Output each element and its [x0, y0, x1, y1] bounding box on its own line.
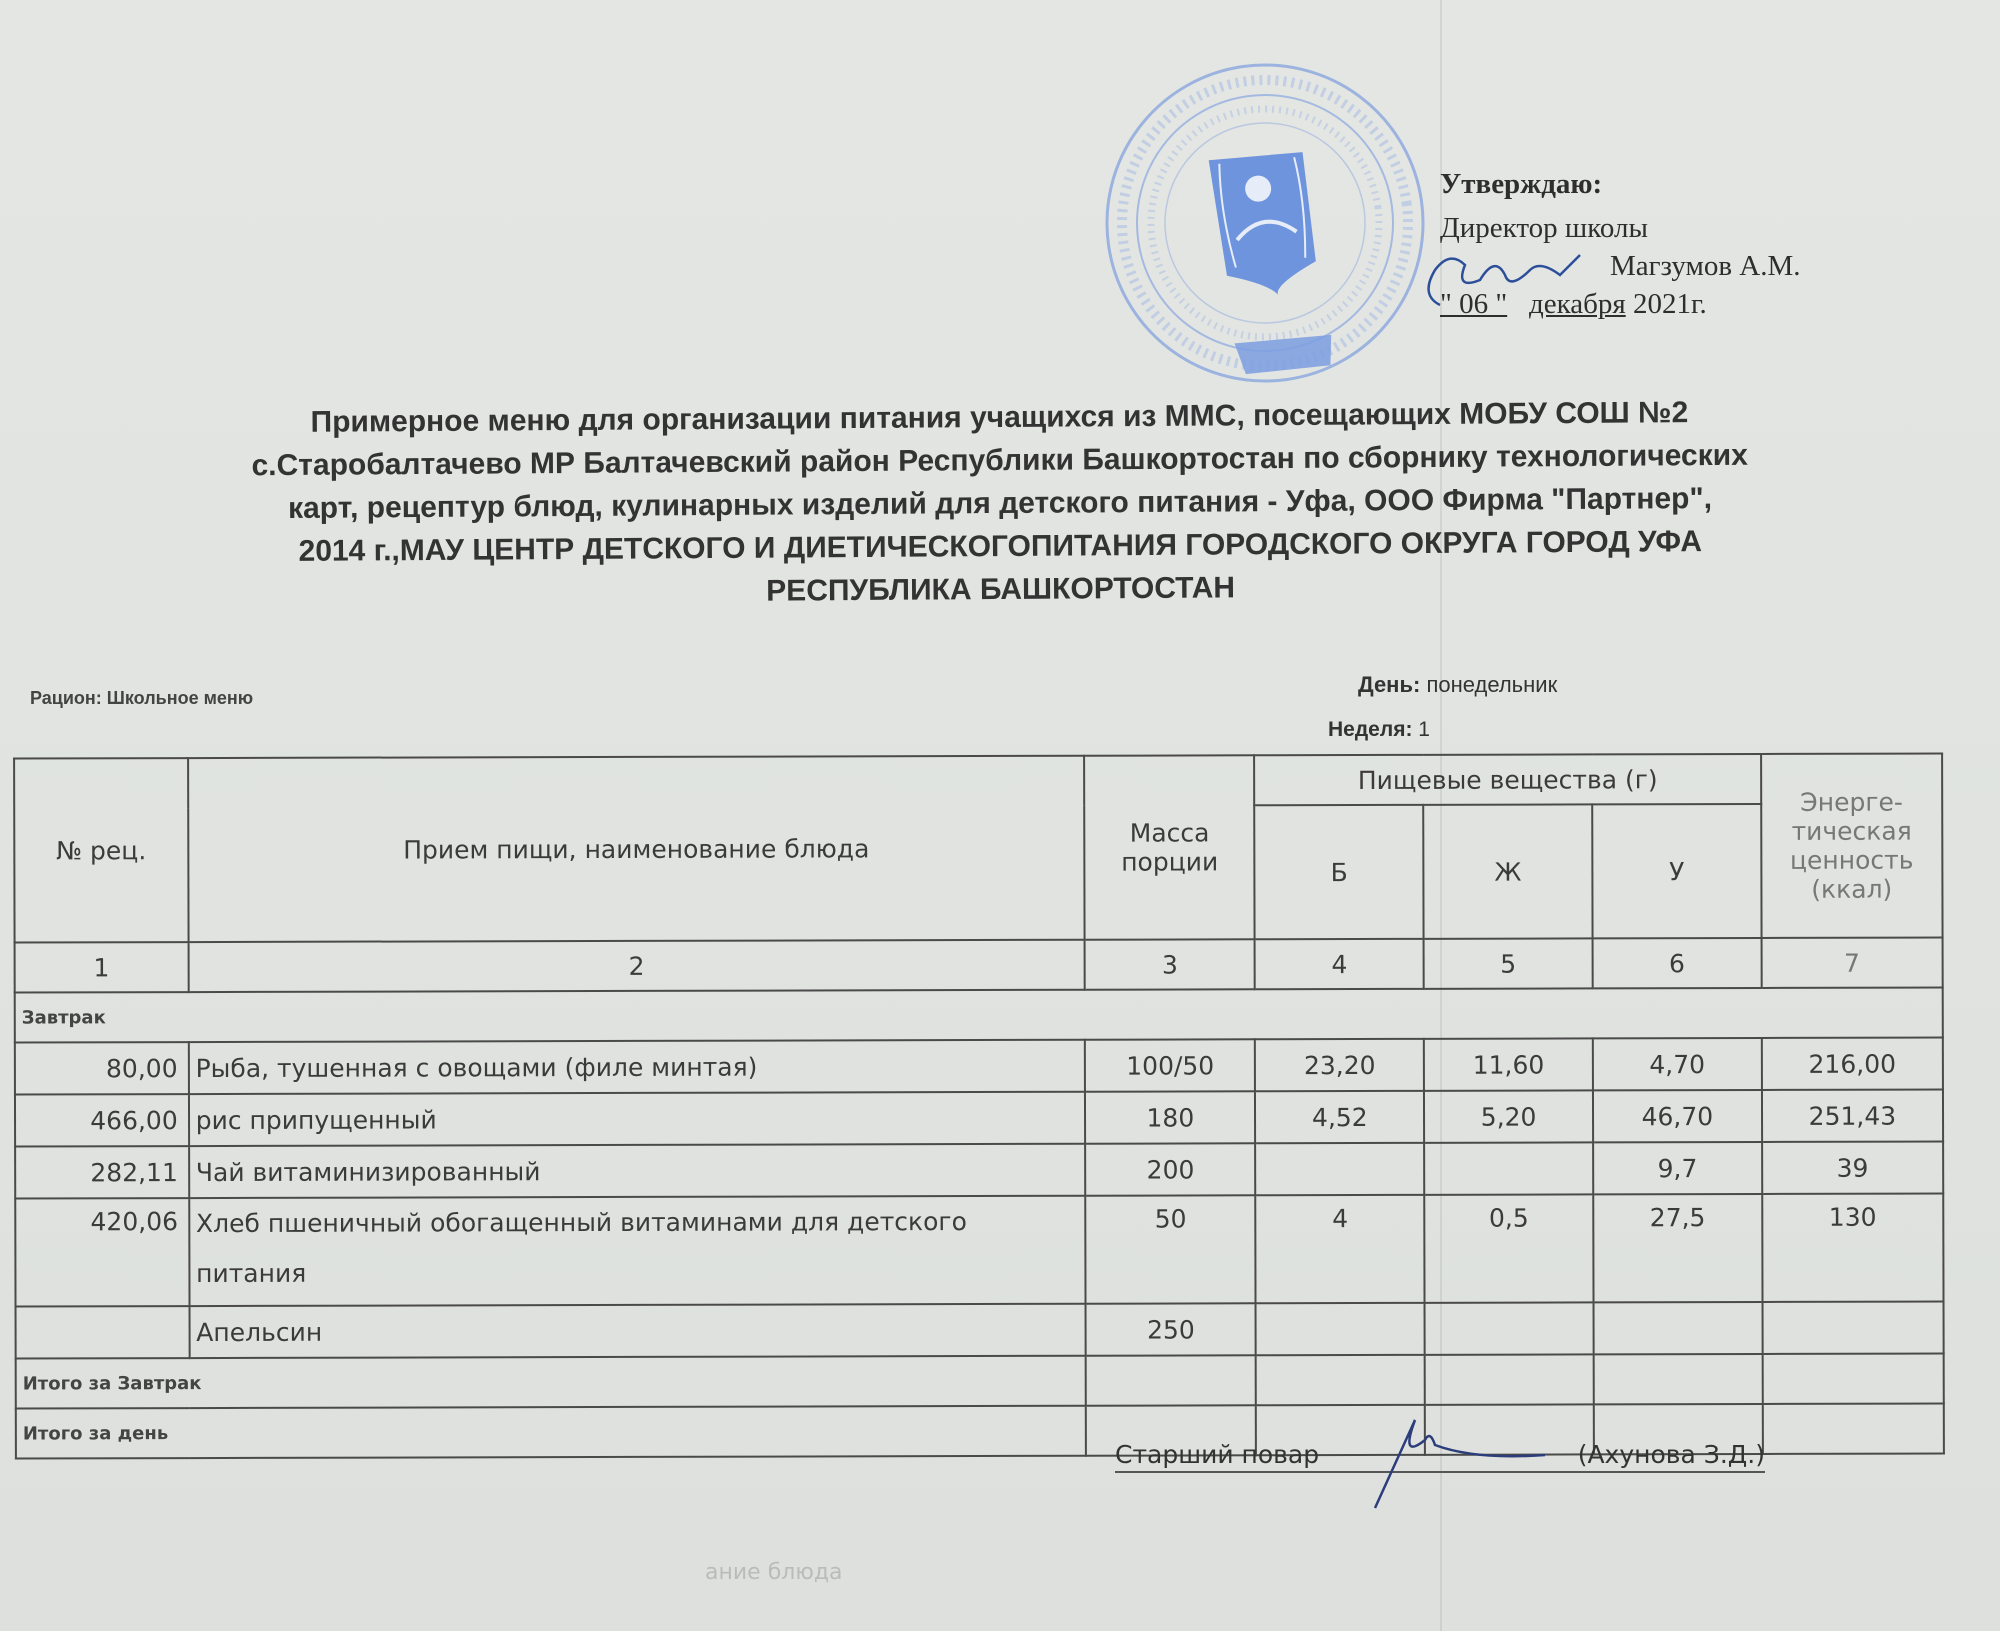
cell-fat	[1425, 1302, 1594, 1354]
cell-recipe: 282,11	[15, 1146, 189, 1198]
cell-energy: 39	[1762, 1141, 1943, 1193]
section-label: Завтрак	[15, 987, 1943, 1042]
column-index: 1	[15, 942, 189, 992]
approval-heading: Утверждаю:	[1440, 165, 1801, 203]
total-breakfast-carbs	[1594, 1354, 1763, 1404]
header-carbs: У	[1592, 804, 1761, 938]
header-portion-mass: Масса порции	[1084, 755, 1255, 939]
cell-carbs: 9,7	[1593, 1142, 1762, 1194]
week-label: Неделя:	[1328, 718, 1412, 741]
cook-title: Старший повар	[1115, 1440, 1319, 1469]
table-header-row: № рец. Прием пищи, наименование блюда Ма…	[14, 753, 1942, 808]
bleed-through-text: ание блюда	[705, 1560, 843, 1585]
total-breakfast-protein	[1256, 1355, 1425, 1405]
cell-mass: 180	[1085, 1091, 1255, 1143]
cell-recipe: 80,00	[15, 1042, 189, 1094]
cell-carbs: 27,5	[1593, 1194, 1762, 1302]
total-breakfast-energy	[1762, 1353, 1943, 1403]
header-nutrients-group: Пищевые вещества (г)	[1255, 754, 1761, 805]
header-meal-name: Прием пищи, наименование блюда	[188, 756, 1085, 942]
cook-signature-icon	[1355, 1400, 1555, 1510]
cell-mass: 200	[1085, 1143, 1255, 1195]
cell-fat: 5,20	[1424, 1090, 1593, 1142]
total-breakfast-label: Итого за Завтрак	[16, 1356, 1086, 1409]
total-breakfast-row: Итого за Завтрак	[16, 1353, 1944, 1408]
ration-label: Рацион:	[30, 688, 102, 708]
document-title: Примерное меню для организации питания у…	[59, 389, 1940, 617]
cell-protein	[1256, 1143, 1425, 1195]
header-protein: Б	[1255, 805, 1424, 939]
table-row: 282,11 Чай витаминизированный 200 9,7 39	[15, 1141, 1943, 1198]
total-day-label: Итого за день	[16, 1406, 1086, 1459]
week-value: 1	[1418, 718, 1430, 741]
cell-mass: 50	[1085, 1195, 1256, 1303]
column-index: 5	[1424, 938, 1593, 988]
cell-protein: 4	[1256, 1195, 1425, 1303]
cell-protein: 4,52	[1255, 1091, 1424, 1143]
header-fat: Ж	[1423, 804, 1592, 938]
cell-energy: 130	[1762, 1193, 1944, 1301]
cell-recipe: 466,00	[15, 1094, 189, 1146]
table-row: Апельсин 250	[16, 1301, 1944, 1358]
table-row: 80,00 Рыба, тушенная с овощами (филе мин…	[15, 1037, 1943, 1094]
total-day-energy	[1762, 1403, 1943, 1453]
column-index-row: 1 2 3 4 5 6 7	[15, 937, 1943, 992]
week-info: Неделя: 1	[1328, 718, 1430, 742]
cell-energy: 251,43	[1762, 1089, 1943, 1141]
table-row: 420,06 Хлеб пшеничный обогащенный витами…	[15, 1193, 1943, 1306]
cell-dish-name: Хлеб пшеничный обогащенный витаминами дл…	[189, 1196, 1086, 1306]
cell-energy: 216,00	[1762, 1037, 1943, 1089]
cell-protein: 23,20	[1255, 1039, 1424, 1091]
seal-stamp-icon	[1079, 37, 1452, 410]
cell-fat: 0,5	[1424, 1194, 1593, 1302]
cell-fat: 11,60	[1424, 1038, 1593, 1090]
cell-mass: 250	[1086, 1303, 1256, 1355]
header-recipe-no: № рец.	[14, 758, 188, 942]
menu-table: № рец. Прием пищи, наименование блюда Ма…	[13, 752, 1945, 1459]
cell-dish-name: рис припущенный	[189, 1092, 1086, 1146]
day-label: День:	[1358, 672, 1420, 697]
column-index: 2	[188, 940, 1085, 992]
director-signature-icon	[1410, 235, 1590, 315]
cell-dish-name: Апельсин	[189, 1304, 1086, 1358]
ration-value: Школьное меню	[107, 688, 253, 708]
column-index: 7	[1761, 937, 1942, 987]
cell-recipe	[16, 1306, 190, 1358]
cell-carbs	[1593, 1302, 1762, 1354]
table-row: 466,00 рис припущенный 180 4,52 5,20 46,…	[15, 1089, 1943, 1146]
approval-date-year: 2021г.	[1633, 288, 1707, 320]
cell-fat	[1424, 1142, 1593, 1194]
cell-recipe: 420,06	[15, 1198, 189, 1306]
cell-dish-name: Рыба, тушенная с овощами (филе минтая)	[189, 1040, 1086, 1094]
cell-energy	[1762, 1301, 1943, 1353]
cell-carbs: 4,70	[1593, 1038, 1762, 1090]
cell-protein	[1256, 1303, 1425, 1355]
column-index: 3	[1085, 939, 1255, 989]
cook-name: (Ахунова З.Д.)	[1578, 1440, 1765, 1469]
day-value: понедельник	[1426, 672, 1557, 697]
header-energy: Энерге-тическая ценность (ккал)	[1761, 753, 1943, 937]
cell-carbs: 46,70	[1593, 1090, 1762, 1142]
cell-mass: 100/50	[1085, 1039, 1255, 1091]
total-breakfast-fat	[1425, 1354, 1594, 1404]
day-info: День: понедельник	[1358, 672, 1557, 698]
column-index: 6	[1593, 938, 1762, 988]
ration-info: Рацион: Школьное меню	[30, 688, 253, 709]
column-index: 4	[1255, 939, 1424, 989]
total-breakfast-mass	[1086, 1355, 1256, 1405]
section-row-breakfast: Завтрак	[15, 987, 1943, 1042]
cell-dish-name: Чай витаминизированный	[189, 1144, 1086, 1198]
